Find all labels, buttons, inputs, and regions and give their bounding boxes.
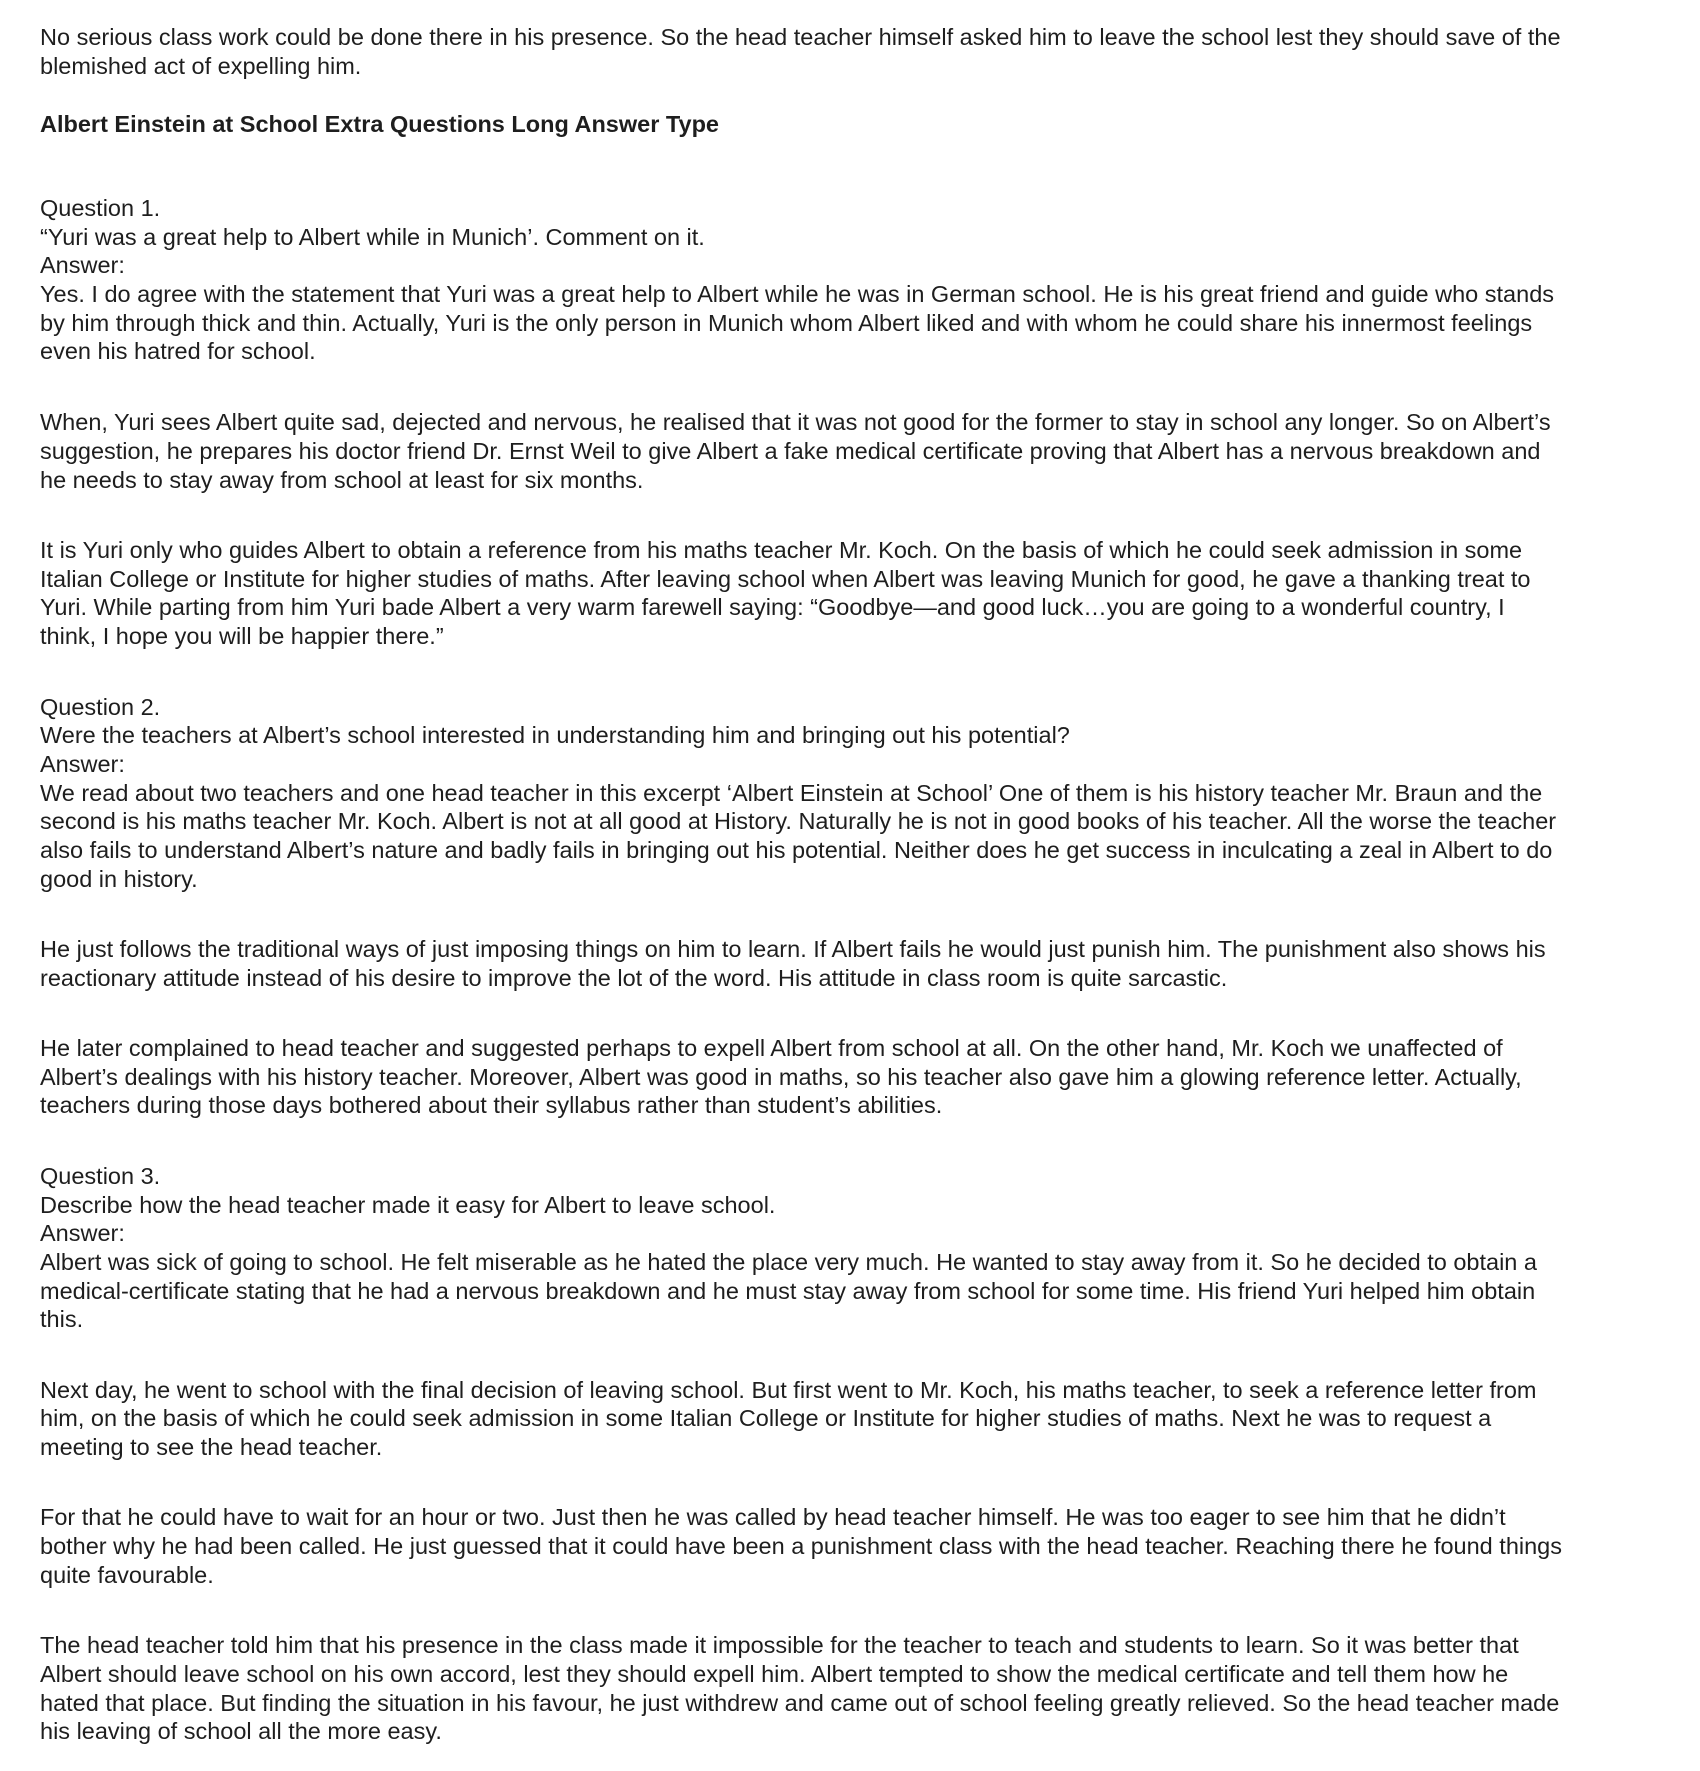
answer-line: his leaving of school all the more easy. xyxy=(40,1717,442,1746)
answer-line: also fails to understand Albert’s nature… xyxy=(40,836,1552,865)
question-text: Describe how the head teacher made it ea… xyxy=(40,1191,775,1220)
answer-line: We read about two teachers and one head … xyxy=(40,779,1542,808)
answer-label: Answer: xyxy=(40,1219,125,1248)
answer-line: suggestion, he prepares his doctor frien… xyxy=(40,437,1540,466)
answer-line: second is his maths teacher Mr. Koch. Al… xyxy=(40,807,1556,836)
answer-line: him, on the basis of which he could seek… xyxy=(40,1404,1491,1433)
answer-line: For that he could have to wait for an ho… xyxy=(40,1503,1506,1532)
answer-line: Next day, he went to school with the fin… xyxy=(40,1376,1536,1405)
question-text: Were the teachers at Albert’s school int… xyxy=(40,721,1070,750)
section-heading: Albert Einstein at School Extra Question… xyxy=(40,110,719,139)
answer-line: hated that place. But finding the situat… xyxy=(40,1689,1559,1718)
answer-label: Answer: xyxy=(40,251,125,280)
answer-line: Italian College or Institute for higher … xyxy=(40,565,1531,594)
answer-line: reactionary attitude instead of his desi… xyxy=(40,964,1227,993)
answer-line: bother why he had been called. He just g… xyxy=(40,1532,1562,1561)
answer-line: Albert was sick of going to school. He f… xyxy=(40,1248,1537,1277)
answer-line: good in history. xyxy=(40,865,198,894)
intro-line: No serious class work could be done ther… xyxy=(40,23,1561,52)
answer-line: It is Yuri only who guides Albert to obt… xyxy=(40,536,1522,565)
answer-line: Albert should leave school on his own ac… xyxy=(40,1660,1508,1689)
answer-line: Yes. I do agree with the statement that … xyxy=(40,280,1554,309)
intro-line: blemished act of expelling him. xyxy=(40,52,361,81)
answer-line: He just follows the traditional ways of … xyxy=(40,935,1546,964)
answer-line: Albert’s dealings with his history teach… xyxy=(40,1063,1522,1092)
answer-line: think, I hope you will be happier there.… xyxy=(40,622,444,651)
answer-line: teachers during those days bothered abou… xyxy=(40,1091,942,1120)
question-label: Question 1. xyxy=(40,194,160,223)
answer-line: Yuri. While parting from him Yuri bade A… xyxy=(40,593,1505,622)
answer-line: He later complained to head teacher and … xyxy=(40,1034,1503,1063)
answer-line: this. xyxy=(40,1305,83,1334)
answer-line: meeting to see the head teacher. xyxy=(40,1433,382,1462)
answer-line: even his hatred for school. xyxy=(40,337,316,366)
answer-line: he needs to stay away from school at lea… xyxy=(40,466,643,495)
answer-line: quite favourable. xyxy=(40,1561,214,1590)
answer-line: When, Yuri sees Albert quite sad, deject… xyxy=(40,408,1551,437)
question-text: “Yuri was a great help to Albert while i… xyxy=(40,223,705,252)
question-label: Question 3. xyxy=(40,1162,160,1191)
answer-label: Answer: xyxy=(40,750,125,779)
answer-line: The head teacher told him that his prese… xyxy=(40,1631,1519,1660)
answer-line: medical-certificate stating that he had … xyxy=(40,1277,1535,1306)
answer-line: by him through thick and thin. Actually,… xyxy=(40,309,1532,338)
question-label: Question 2. xyxy=(40,693,160,722)
